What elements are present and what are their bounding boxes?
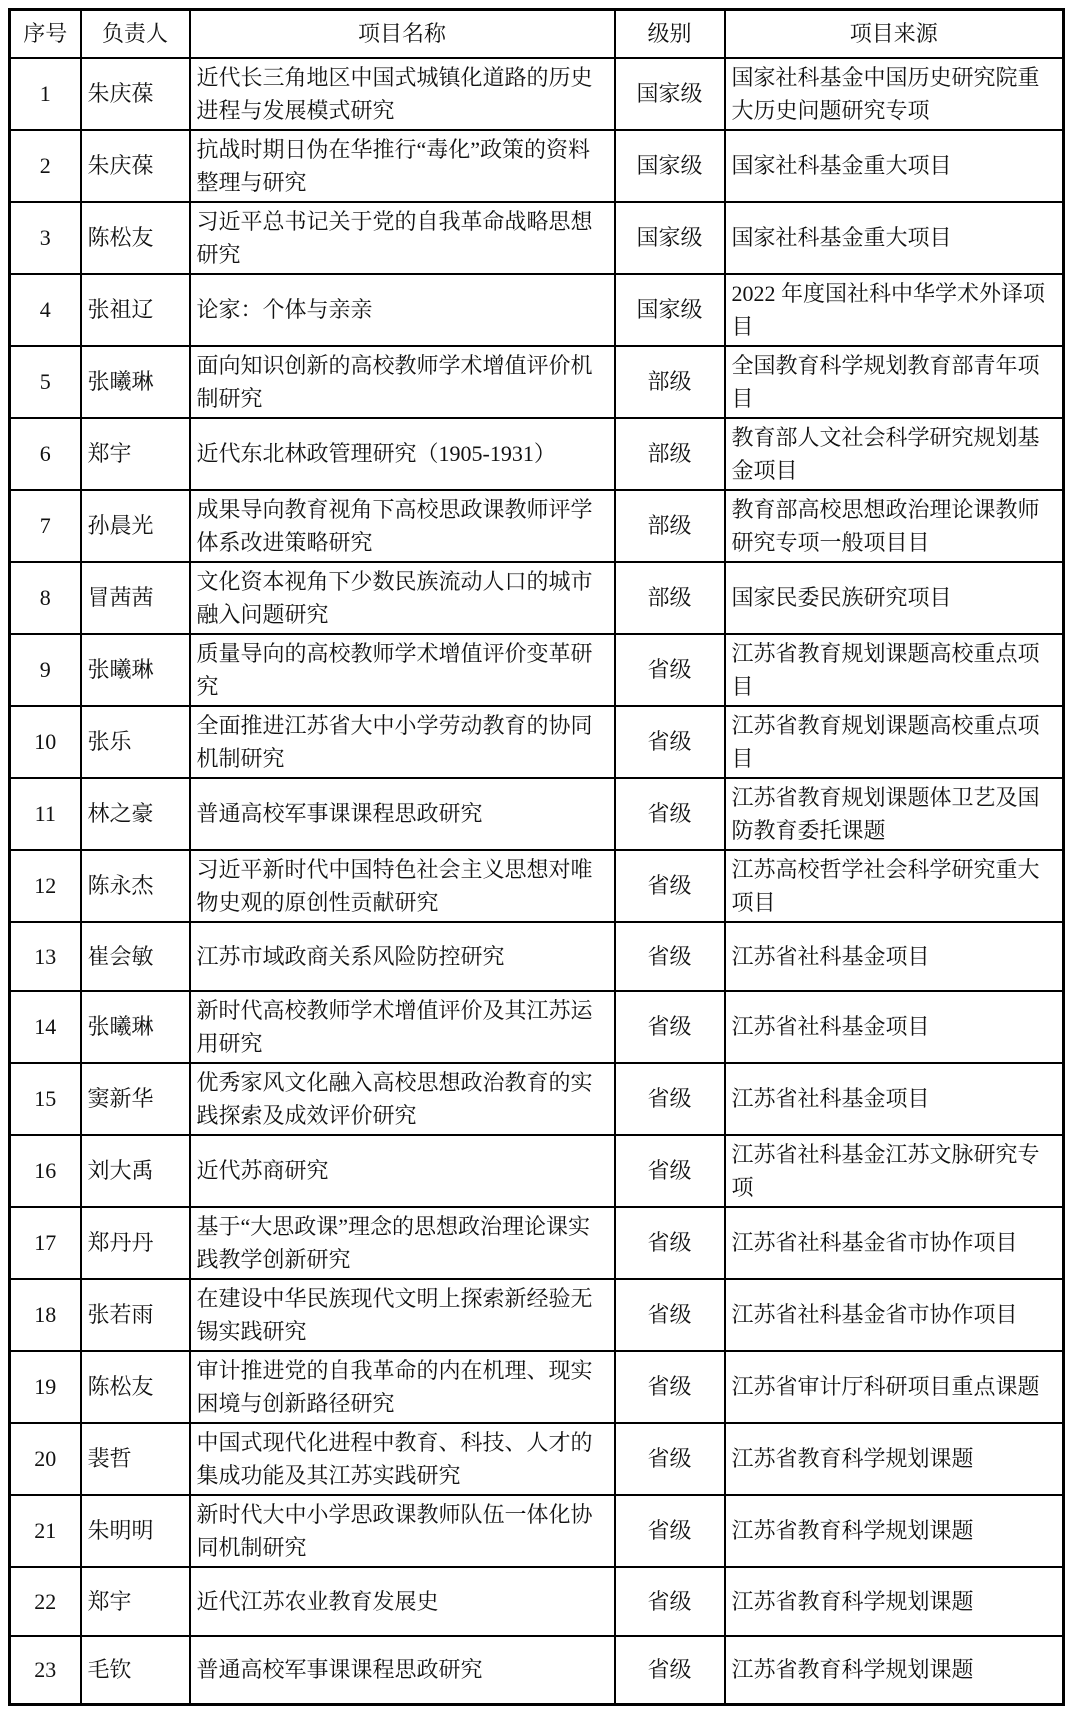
cell-project: 江苏市域政商关系风险防控研究 (190, 922, 615, 991)
table-row: 7孙晨光成果导向教育视角下高校思政课教师评学体系改进策略研究部级教育部高校思想政… (10, 490, 1064, 562)
table-row: 14张曦琳新时代高校教师学术增值评价及其江苏运用研究省级江苏省社科基金项目 (10, 991, 1064, 1063)
table-row: 13崔会敏江苏市域政商关系风险防控研究省级江苏省社科基金项目 (10, 922, 1064, 991)
cell-level: 省级 (615, 634, 725, 706)
cell-index: 22 (10, 1567, 81, 1636)
cell-leader: 崔会敏 (81, 922, 190, 991)
cell-leader: 朱庆葆 (81, 130, 190, 202)
cell-project: 基于“大思政课”理念的思想政治理论课实践教学创新研究 (190, 1207, 615, 1279)
cell-level: 省级 (615, 1063, 725, 1135)
cell-source: 全国教育科学规划教育部青年项目 (725, 346, 1064, 418)
cell-project: 普通高校军事课课程思政研究 (190, 1636, 615, 1705)
table-row: 22郑宇近代江苏农业教育发展史省级江苏省教育科学规划课题 (10, 1567, 1064, 1636)
cell-source: 江苏省社科基金项目 (725, 991, 1064, 1063)
cell-level: 国家级 (615, 130, 725, 202)
table-row: 8冒茜茜文化资本视角下少数民族流动人口的城市融入问题研究部级国家民委民族研究项目 (10, 562, 1064, 634)
cell-leader: 张曦琳 (81, 991, 190, 1063)
cell-leader: 毛钦 (81, 1636, 190, 1705)
cell-source: 江苏省教育规划课题高校重点项目 (725, 706, 1064, 778)
cell-level: 部级 (615, 562, 725, 634)
cell-level: 部级 (615, 490, 725, 562)
cell-level: 省级 (615, 1495, 725, 1567)
table-row: 6郑宇近代东北林政管理研究（1905-1931）部级教育部人文社会科学研究规划基… (10, 418, 1064, 490)
table-row: 12陈永杰习近平新时代中国特色社会主义思想对唯物史观的原创性贡献研究省级江苏高校… (10, 850, 1064, 922)
cell-leader: 张若雨 (81, 1279, 190, 1351)
cell-leader: 窦新华 (81, 1063, 190, 1135)
cell-index: 11 (10, 778, 81, 850)
cell-leader: 刘大禹 (81, 1135, 190, 1207)
table-row: 19陈松友审计推进党的自我革命的内在机理、现实困境与创新路径研究省级江苏省审计厅… (10, 1351, 1064, 1423)
cell-project: 中国式现代化进程中教育、科技、人才的集成功能及其江苏实践研究 (190, 1423, 615, 1495)
cell-project: 普通高校军事课课程思政研究 (190, 778, 615, 850)
cell-level: 省级 (615, 1279, 725, 1351)
cell-index: 19 (10, 1351, 81, 1423)
cell-index: 3 (10, 202, 81, 274)
cell-leader: 张曦琳 (81, 634, 190, 706)
table-header: 序号负责人项目名称级别项目来源 (10, 10, 1064, 58)
cell-project: 新时代大中小学思政课教师队伍一体化协同机制研究 (190, 1495, 615, 1567)
cell-level: 国家级 (615, 58, 725, 130)
cell-leader: 陈松友 (81, 202, 190, 274)
cell-leader: 张乐 (81, 706, 190, 778)
table-row: 17郑丹丹基于“大思政课”理念的思想政治理论课实践教学创新研究省级江苏省社科基金… (10, 1207, 1064, 1279)
document-page: 序号负责人项目名称级别项目来源 1朱庆葆近代长三角地区中国式城镇化道路的历史进程… (8, 8, 1065, 1706)
cell-source: 江苏省教育规划课题体卫艺及国防教育委托课题 (725, 778, 1064, 850)
cell-index: 23 (10, 1636, 81, 1705)
cell-project: 近代苏商研究 (190, 1135, 615, 1207)
cell-source: 国家民委民族研究项目 (725, 562, 1064, 634)
cell-project: 近代江苏农业教育发展史 (190, 1567, 615, 1636)
cell-source: 江苏省教育科学规划课题 (725, 1423, 1064, 1495)
cell-index: 7 (10, 490, 81, 562)
cell-index: 14 (10, 991, 81, 1063)
cell-source: 江苏省社科基金江苏文脉研究专项 (725, 1135, 1064, 1207)
cell-leader: 张祖辽 (81, 274, 190, 346)
column-header-level: 级别 (615, 10, 725, 58)
table-row: 20裴哲中国式现代化进程中教育、科技、人才的集成功能及其江苏实践研究省级江苏省教… (10, 1423, 1064, 1495)
cell-level: 部级 (615, 346, 725, 418)
cell-source: 江苏省审计厅科研项目重点课题 (725, 1351, 1064, 1423)
cell-source: 教育部高校思想政治理论课教师研究专项一般项目目 (725, 490, 1064, 562)
cell-level: 省级 (615, 850, 725, 922)
cell-project: 习近平新时代中国特色社会主义思想对唯物史观的原创性贡献研究 (190, 850, 615, 922)
cell-project: 论家：个体与亲亲 (190, 274, 615, 346)
table-row: 21朱明明新时代大中小学思政课教师队伍一体化协同机制研究省级江苏省教育科学规划课… (10, 1495, 1064, 1567)
cell-leader: 朱庆葆 (81, 58, 190, 130)
cell-index: 5 (10, 346, 81, 418)
cell-level: 省级 (615, 1567, 725, 1636)
cell-leader: 陈松友 (81, 1351, 190, 1423)
cell-leader: 裴哲 (81, 1423, 190, 1495)
table-body: 1朱庆葆近代长三角地区中国式城镇化道路的历史进程与发展模式研究国家级国家社科基金… (10, 58, 1064, 1705)
table-row: 1朱庆葆近代长三角地区中国式城镇化道路的历史进程与发展模式研究国家级国家社科基金… (10, 58, 1064, 130)
cell-source: 江苏省社科基金省市协作项目 (725, 1279, 1064, 1351)
table-row: 23毛钦普通高校军事课课程思政研究省级江苏省教育科学规划课题 (10, 1636, 1064, 1705)
cell-index: 6 (10, 418, 81, 490)
cell-project: 在建设中华民族现代文明上探索新经验无锡实践研究 (190, 1279, 615, 1351)
cell-source: 江苏省教育科学规划课题 (725, 1567, 1064, 1636)
cell-source: 江苏省教育规划课题高校重点项目 (725, 634, 1064, 706)
cell-level: 国家级 (615, 274, 725, 346)
cell-project: 审计推进党的自我革命的内在机理、现实困境与创新路径研究 (190, 1351, 615, 1423)
table-row: 18张若雨在建设中华民族现代文明上探索新经验无锡实践研究省级江苏省社科基金省市协… (10, 1279, 1064, 1351)
table-row: 16刘大禹近代苏商研究省级江苏省社科基金江苏文脉研究专项 (10, 1135, 1064, 1207)
table-row: 10张乐全面推进江苏省大中小学劳动教育的协同机制研究省级江苏省教育规划课题高校重… (10, 706, 1064, 778)
cell-index: 10 (10, 706, 81, 778)
table-row: 9张曦琳质量导向的高校教师学术增值评价变革研究省级江苏省教育规划课题高校重点项目 (10, 634, 1064, 706)
cell-level: 省级 (615, 778, 725, 850)
cell-level: 省级 (615, 991, 725, 1063)
table-row: 2朱庆葆抗战时期日伪在华推行“毒化”政策的资料整理与研究国家级国家社科基金重大项… (10, 130, 1064, 202)
cell-index: 20 (10, 1423, 81, 1495)
cell-level: 国家级 (615, 202, 725, 274)
cell-index: 16 (10, 1135, 81, 1207)
projects-table: 序号负责人项目名称级别项目来源 1朱庆葆近代长三角地区中国式城镇化道路的历史进程… (8, 8, 1065, 1706)
cell-source: 教育部人文社会科学研究规划基金项目 (725, 418, 1064, 490)
cell-level: 省级 (615, 1423, 725, 1495)
cell-source: 国家社科基金重大项目 (725, 202, 1064, 274)
cell-index: 18 (10, 1279, 81, 1351)
table-row: 3陈松友习近平总书记关于党的自我革命战略思想研究国家级国家社科基金重大项目 (10, 202, 1064, 274)
cell-source: 国家社科基金中国历史研究院重大历史问题研究专项 (725, 58, 1064, 130)
cell-source: 江苏省社科基金省市协作项目 (725, 1207, 1064, 1279)
table-row: 4张祖辽论家：个体与亲亲国家级2022 年度国社科中华学术外译项目 (10, 274, 1064, 346)
cell-index: 21 (10, 1495, 81, 1567)
cell-source: 2022 年度国社科中华学术外译项目 (725, 274, 1064, 346)
cell-index: 1 (10, 58, 81, 130)
cell-index: 8 (10, 562, 81, 634)
cell-index: 2 (10, 130, 81, 202)
cell-level: 省级 (615, 922, 725, 991)
cell-leader: 郑丹丹 (81, 1207, 190, 1279)
cell-level: 省级 (615, 1207, 725, 1279)
cell-index: 13 (10, 922, 81, 991)
cell-project: 文化资本视角下少数民族流动人口的城市融入问题研究 (190, 562, 615, 634)
cell-leader: 林之豪 (81, 778, 190, 850)
cell-leader: 郑宇 (81, 418, 190, 490)
column-header-leader: 负责人 (81, 10, 190, 58)
cell-index: 4 (10, 274, 81, 346)
cell-source: 国家社科基金重大项目 (725, 130, 1064, 202)
cell-level: 省级 (615, 1636, 725, 1705)
cell-project: 成果导向教育视角下高校思政课教师评学体系改进策略研究 (190, 490, 615, 562)
cell-leader: 郑宇 (81, 1567, 190, 1636)
cell-project: 面向知识创新的高校教师学术增值评价机制研究 (190, 346, 615, 418)
cell-leader: 冒茜茜 (81, 562, 190, 634)
cell-level: 部级 (615, 418, 725, 490)
cell-index: 17 (10, 1207, 81, 1279)
cell-index: 15 (10, 1063, 81, 1135)
cell-project: 质量导向的高校教师学术增值评价变革研究 (190, 634, 615, 706)
cell-project: 抗战时期日伪在华推行“毒化”政策的资料整理与研究 (190, 130, 615, 202)
cell-project: 新时代高校教师学术增值评价及其江苏运用研究 (190, 991, 615, 1063)
cell-level: 省级 (615, 706, 725, 778)
cell-project: 全面推进江苏省大中小学劳动教育的协同机制研究 (190, 706, 615, 778)
cell-source: 江苏省教育科学规划课题 (725, 1636, 1064, 1705)
cell-leader: 孙晨光 (81, 490, 190, 562)
column-header-index: 序号 (10, 10, 81, 58)
cell-index: 12 (10, 850, 81, 922)
cell-source: 江苏省社科基金项目 (725, 1063, 1064, 1135)
cell-project: 近代东北林政管理研究（1905-1931） (190, 418, 615, 490)
cell-project: 优秀家风文化融入高校思想政治教育的实践探索及成效评价研究 (190, 1063, 615, 1135)
cell-source: 江苏省教育科学规划课题 (725, 1495, 1064, 1567)
column-header-project: 项目名称 (190, 10, 615, 58)
table-row: 11林之豪普通高校军事课课程思政研究省级江苏省教育规划课题体卫艺及国防教育委托课… (10, 778, 1064, 850)
cell-leader: 陈永杰 (81, 850, 190, 922)
cell-source: 江苏高校哲学社会科学研究重大项目 (725, 850, 1064, 922)
cell-level: 省级 (615, 1135, 725, 1207)
header-row: 序号负责人项目名称级别项目来源 (10, 10, 1064, 58)
table-row: 5张曦琳面向知识创新的高校教师学术增值评价机制研究部级全国教育科学规划教育部青年… (10, 346, 1064, 418)
cell-leader: 张曦琳 (81, 346, 190, 418)
cell-project: 近代长三角地区中国式城镇化道路的历史进程与发展模式研究 (190, 58, 615, 130)
column-header-source: 项目来源 (725, 10, 1064, 58)
cell-level: 省级 (615, 1351, 725, 1423)
cell-leader: 朱明明 (81, 1495, 190, 1567)
table-row: 15窦新华优秀家风文化融入高校思想政治教育的实践探索及成效评价研究省级江苏省社科… (10, 1063, 1064, 1135)
cell-source: 江苏省社科基金项目 (725, 922, 1064, 991)
cell-project: 习近平总书记关于党的自我革命战略思想研究 (190, 202, 615, 274)
cell-index: 9 (10, 634, 81, 706)
